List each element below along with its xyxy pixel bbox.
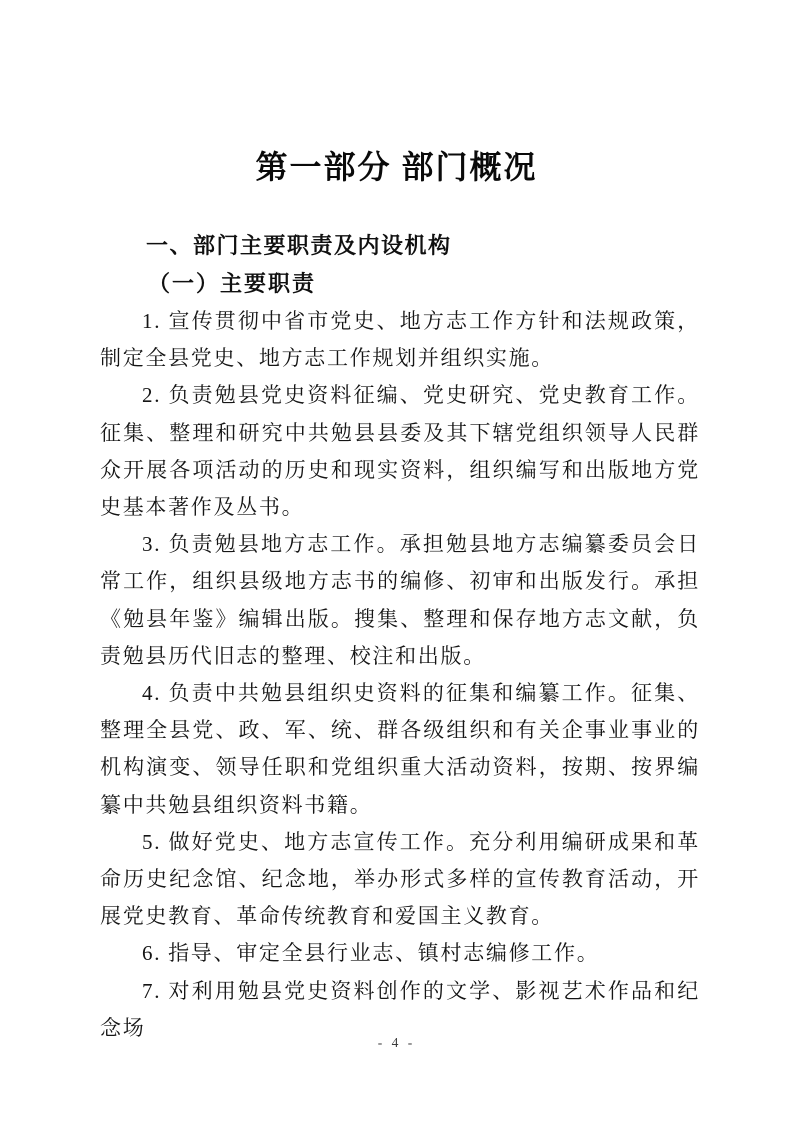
paragraph-duty-1: 1. 宣传贯彻中省市党史、地方志工作方针和法规政策，制定全县党史、地方志工作规划… bbox=[100, 303, 700, 377]
document-title: 第一部分 部门概况 bbox=[0, 146, 793, 188]
page-number: - 4 - bbox=[0, 1035, 793, 1051]
paragraph-duty-6: 6. 指导、审定全县行业志、镇村志编修工作。 bbox=[100, 935, 700, 972]
paragraph-duty-4: 4. 负责中共勉县组织史资料的征集和编纂工作。征集、整理全县党、政、军、统、群各… bbox=[100, 675, 700, 824]
document-page: 第一部分 部门概况 一、部门主要职责及内设机构 （一）主要职责 1. 宣传贯彻中… bbox=[0, 0, 793, 1122]
section-heading: 一、部门主要职责及内设机构 bbox=[146, 231, 452, 261]
paragraph-duty-2: 2. 负责勉县党史资料征编、党史研究、党史教育工作。征集、整理和研究中共勉县县委… bbox=[100, 377, 700, 526]
document-body: 1. 宣传贯彻中省市党史、地方志工作方针和法规政策，制定全县党史、地方志工作规划… bbox=[100, 303, 700, 1047]
subsection-heading: （一）主要职责 bbox=[148, 269, 316, 299]
paragraph-duty-5: 5. 做好党史、地方志宣传工作。充分利用编研成果和革命历史纪念馆、纪念地，举办形… bbox=[100, 824, 700, 936]
paragraph-duty-3: 3. 负责勉县地方志工作。承担勉县地方志编纂委员会日常工作，组织县级地方志书的编… bbox=[100, 526, 700, 675]
